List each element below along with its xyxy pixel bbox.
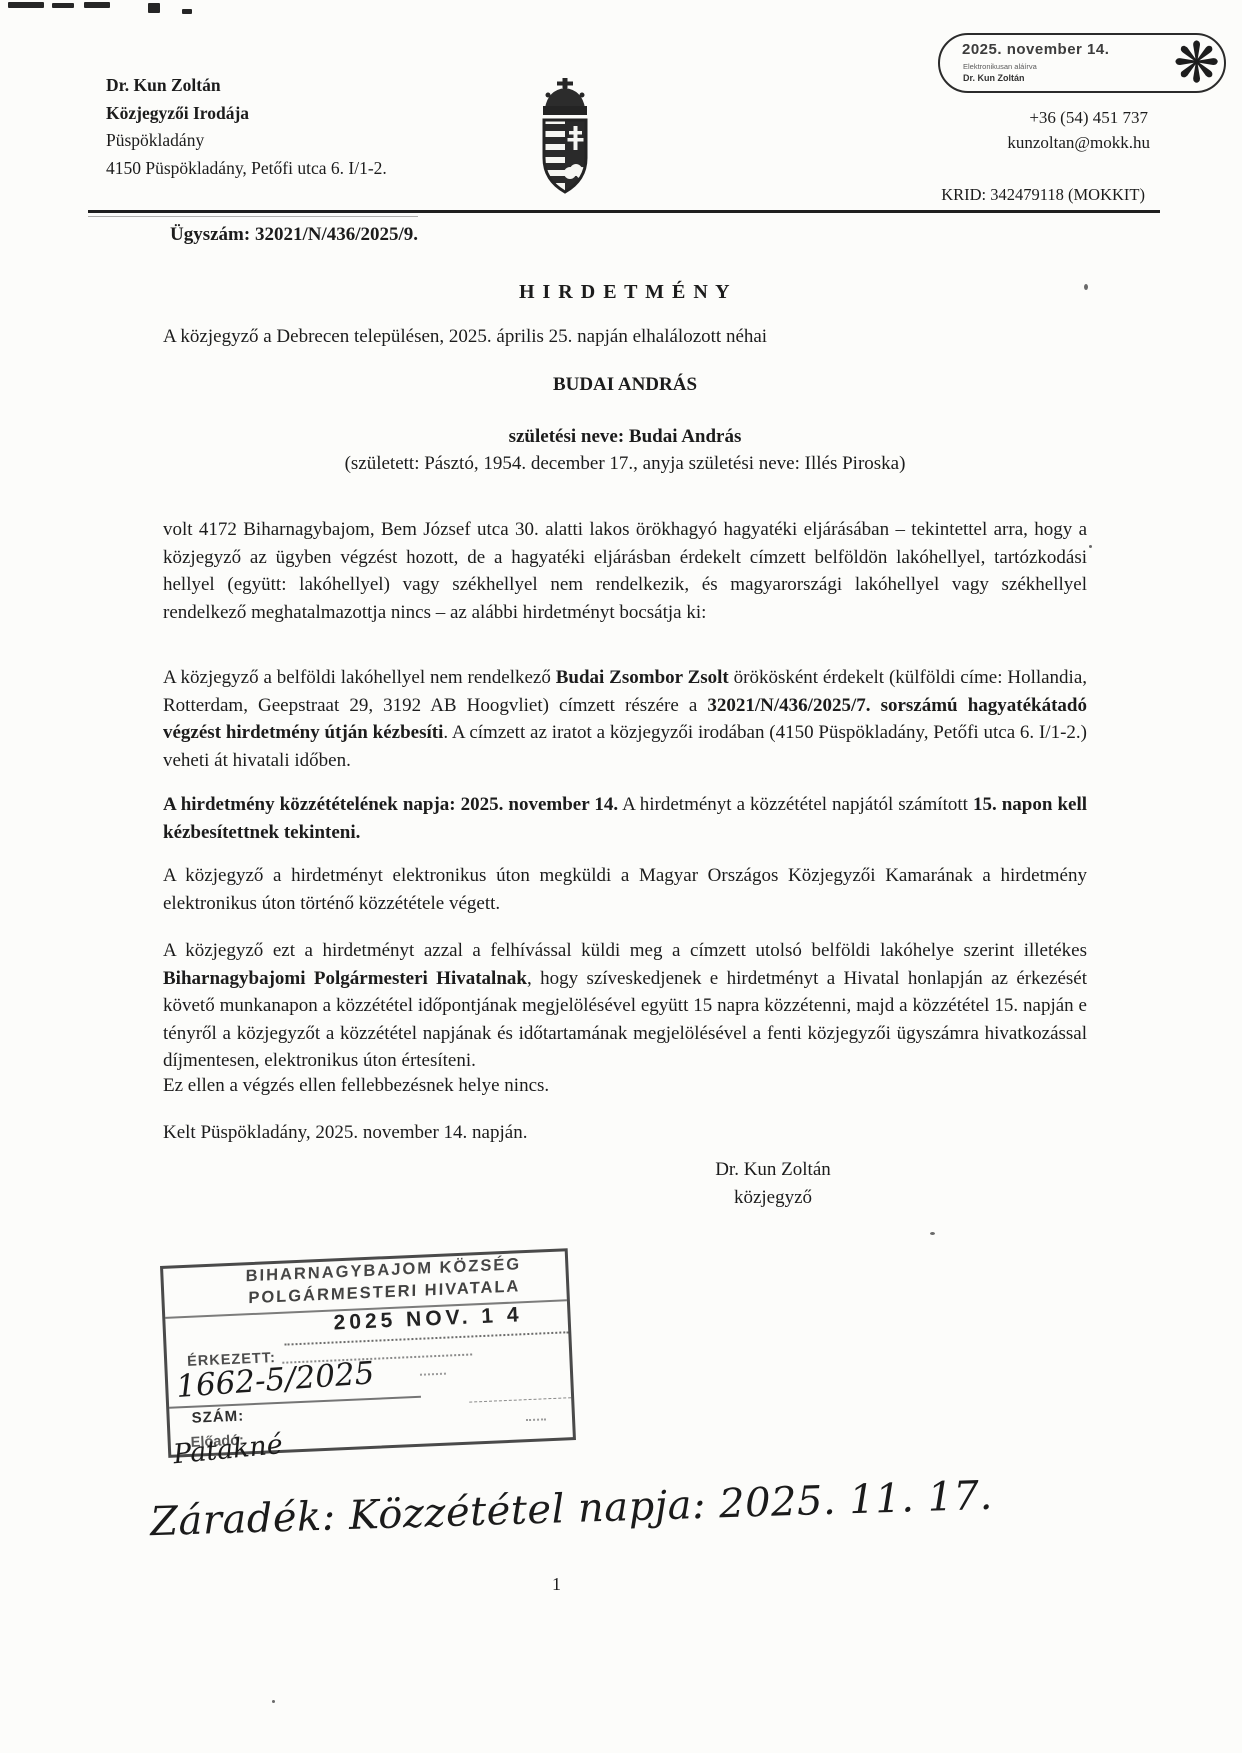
notary-city: Püspökladány [106,127,387,155]
scan-artifact [8,2,44,8]
signature-role: közjegyző [648,1184,898,1212]
email-address: kunzoltan@mokk.hu [1007,133,1150,153]
scan-artifact [84,2,110,8]
header-rule-shadow [88,216,418,217]
phone-number: +36 (54) 451 737 [1029,108,1148,128]
scan-speck [272,1700,275,1703]
case-number: Ügyszám: 32021/N/436/2025/9. [170,224,418,246]
notary-office-block: Dr. Kun Zoltán Közjegyzői Irodája Püspök… [106,72,387,182]
esignature-signer: Dr. Kun Zoltán [963,73,1025,83]
stamp-faint-mark [420,1373,446,1376]
birth-name-line: születési neve: Budai András [163,426,1087,448]
header-rule [88,210,1160,213]
coat-of-arms-icon [536,78,594,198]
scan-artifact [52,3,74,8]
notary-address: 4150 Püspökladány, Petőfi utca 6. I/1-2. [106,155,387,183]
scan-speck [1089,545,1092,548]
paragraph-municipality-request: A közjegyző ezt a hirdetményt azzal a fe… [163,937,1087,1075]
paragraph-chamber-notice: A közjegyző a hirdetményt elektronikus ú… [163,862,1087,917]
stamp-faint-mark [526,1418,546,1421]
paragraph-heir-delivery: A közjegyző a belföldi lakóhellyel nem r… [163,664,1087,774]
received-stamp: BIHARNAGYBAJOM KÖZSÉG POLGÁRMESTERI HIVA… [160,1248,576,1458]
signature-block: Dr. Kun Zoltán közjegyző [648,1156,898,1211]
stamp-dashed-rule [469,1397,571,1402]
deceased-name: BUDAI ANDRÁS [163,374,1087,396]
page-number: 1 [552,1574,561,1595]
handwritten-note: Záradék: Közzététel napja: 2025. 11. 17. [149,1473,993,1545]
krid-number: KRID: 342479118 (MOKKIT) [941,185,1145,205]
scan-artifact [148,3,160,13]
stamp-dotted-rule [285,1331,569,1345]
stamp-clerk-handwritten: Patakné [172,1429,284,1470]
date-line: Kelt Püspökladány, 2025. november 14. na… [163,1122,527,1144]
esignature-stamp: 2025. november 14. Elektronikusan aláírv… [938,33,1226,93]
notary-seal-rosette-icon: ❋ [1173,33,1220,93]
notary-name: Dr. Kun Zoltán [106,72,387,100]
intro-line: A közjegyző a Debrecen településen, 2025… [163,326,1087,348]
signature-name: Dr. Kun Zoltán [648,1156,898,1184]
scan-speck [930,1232,935,1235]
closing-line: Ez ellen a végzés ellen fellebbezésnek h… [163,1075,549,1097]
paragraph-estate-proceeding: volt 4172 Biharnagybajom, Bem József utc… [163,516,1087,626]
coat-of-arms [536,78,594,203]
document-title: H I R D E T M É N Y [163,281,1087,304]
scan-artifact [182,9,192,14]
esignature-date: 2025. november 14. [962,41,1109,58]
stamp-number-label: SZÁM: [191,1407,244,1426]
esignature-label: Elektronikusan aláírva [963,62,1037,71]
notary-office: Közjegyzői Irodája [106,100,387,128]
paragraph-publication-date: A hirdetmény közzétételének napja: 2025.… [163,791,1087,846]
birth-details-line: (született: Pásztó, 1954. december 17., … [163,453,1087,475]
scanned-document-page: Dr. Kun Zoltán Közjegyzői Irodája Püspök… [0,0,1242,1753]
